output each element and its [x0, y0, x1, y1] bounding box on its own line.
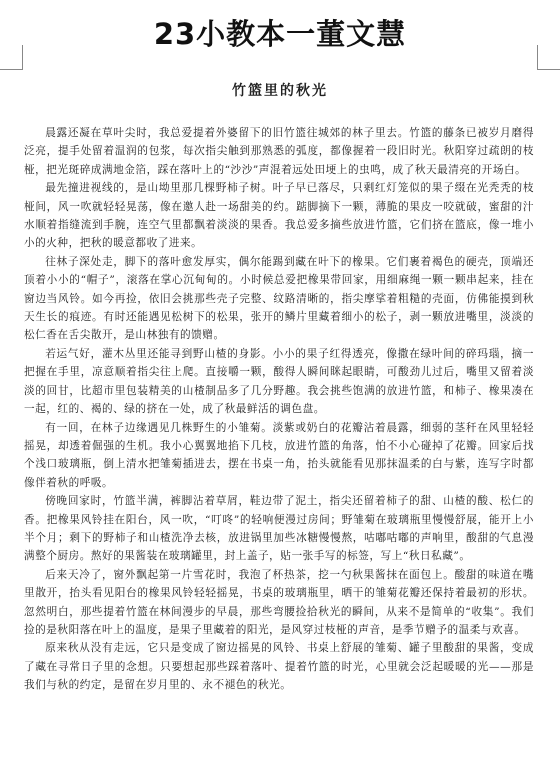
document-title: 竹篮里的秋光 [0, 80, 560, 100]
paragraph: 最先撞进视线的，是山坳里那几棵野柿子树。叶子早已落尽，只剩红灯笼似的果子缀在光秃… [24, 179, 534, 253]
paragraph: 有一回，在林子边缘遇见几株野生的小雏菊。淡紫或奶白的花瓣沾着晨露，细弱的茎秆在风… [24, 419, 534, 493]
paragraph: 晨露还凝在草叶尖时，我总爱提着外婆留下的旧竹篮往城郊的林子里去。竹篮的藤条已被岁… [24, 124, 534, 179]
paragraph: 往林子深处走，脚下的落叶愈发厚实，偶尔能踢到藏在叶下的橡果。它们裹着褐色的硬壳，… [24, 253, 534, 345]
document-body: 晨露还凝在草叶尖时，我总爱提着外婆留下的旧竹篮往城郊的林子里去。竹篮的藤条已被岁… [24, 124, 534, 695]
paragraph: 傍晚回家时，竹篮半满，裤脚沾着草屑，鞋边带了泥土，指尖还留着柿子的甜、山楂的酸、… [24, 492, 534, 566]
paragraph: 后来天冷了，窗外飘起第一片雪花时，我泡了杯热茶，挖一勺秋果酱抹在面包上。酸甜的味… [24, 566, 534, 640]
page-header-title: 23小教本一董文慧 [0, 14, 560, 54]
paragraph: 若运气好，灌木丛里还能寻到野山楂的身影。小小的果子红得透亮，像撒在绿叶间的碎玛瑙… [24, 345, 534, 419]
paragraph: 原来秋从没有走远，它只是变成了窗边摇晃的风铃、书桌上舒展的雏菊、罐子里酸甜的果酱… [24, 639, 534, 694]
margin-corner-mark-right [537, 45, 560, 70]
margin-corner-mark-left [0, 45, 23, 70]
